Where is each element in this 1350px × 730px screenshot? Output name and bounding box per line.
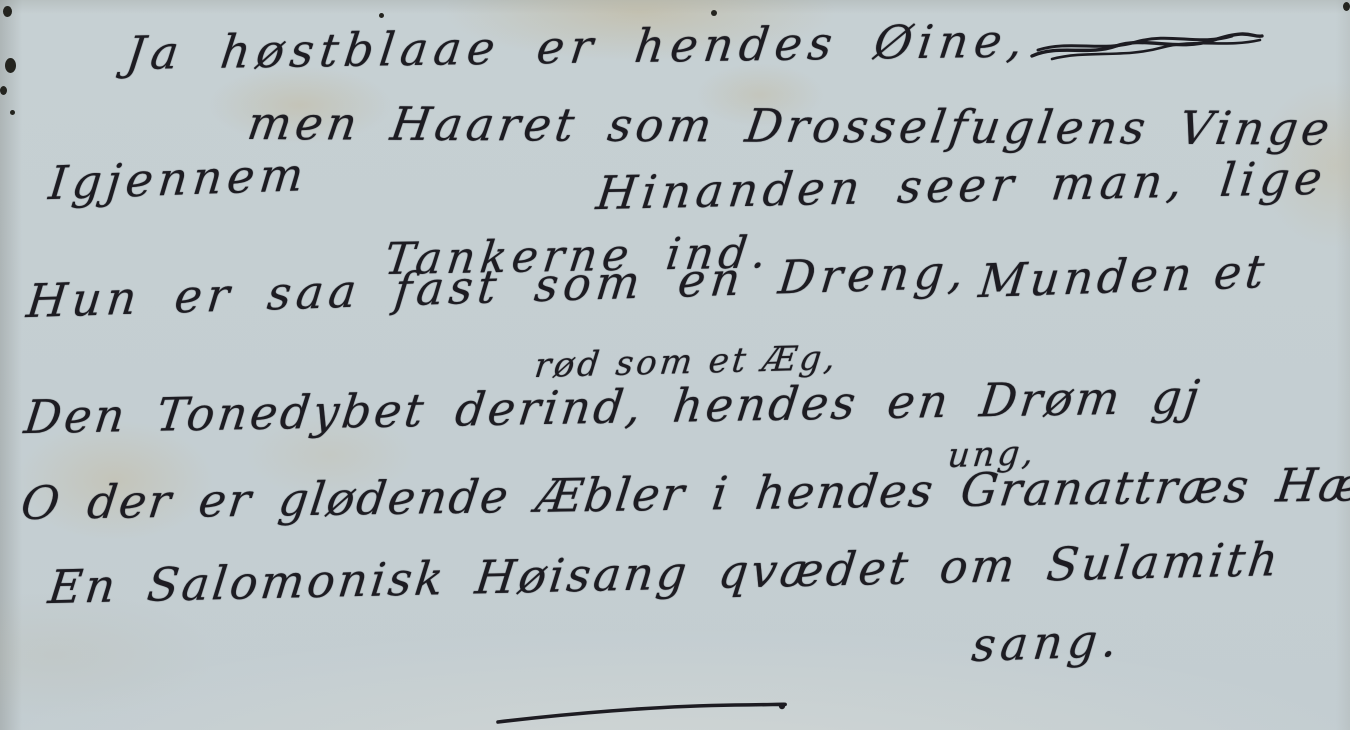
paper-speck [379, 13, 384, 18]
manuscript-line: En Salomonisk Høisang qvædet om Sulamith [46, 532, 1284, 614]
manuscript-line: sang. [969, 613, 1124, 672]
manuscript-line: Munden et [976, 244, 1271, 308]
paper-speck [711, 10, 717, 16]
paper-speck [3, 6, 12, 17]
manuscript-line: Igjennem [46, 147, 311, 210]
paper-speck [5, 58, 16, 73]
manuscript-line: O der er glødende Æbler i hendes Granatt… [18, 456, 1350, 530]
paper-speck [10, 110, 15, 115]
manuscript-line: Hinanden seer man, lige i [594, 150, 1350, 221]
manuscript-page: Ja høstblaae er hendes Øine, men Haaret … [0, 0, 1350, 730]
paper-speck [1343, 2, 1350, 11]
strikethrough-scribble [1028, 26, 1266, 70]
manuscript-line: Ja høstblaae er hendes Øine, [123, 13, 1032, 80]
paper-speck [0, 86, 7, 95]
manuscript-line: men Haaret som Drosselfuglens Vinge [244, 96, 1337, 156]
ink-divider-line [495, 698, 790, 726]
